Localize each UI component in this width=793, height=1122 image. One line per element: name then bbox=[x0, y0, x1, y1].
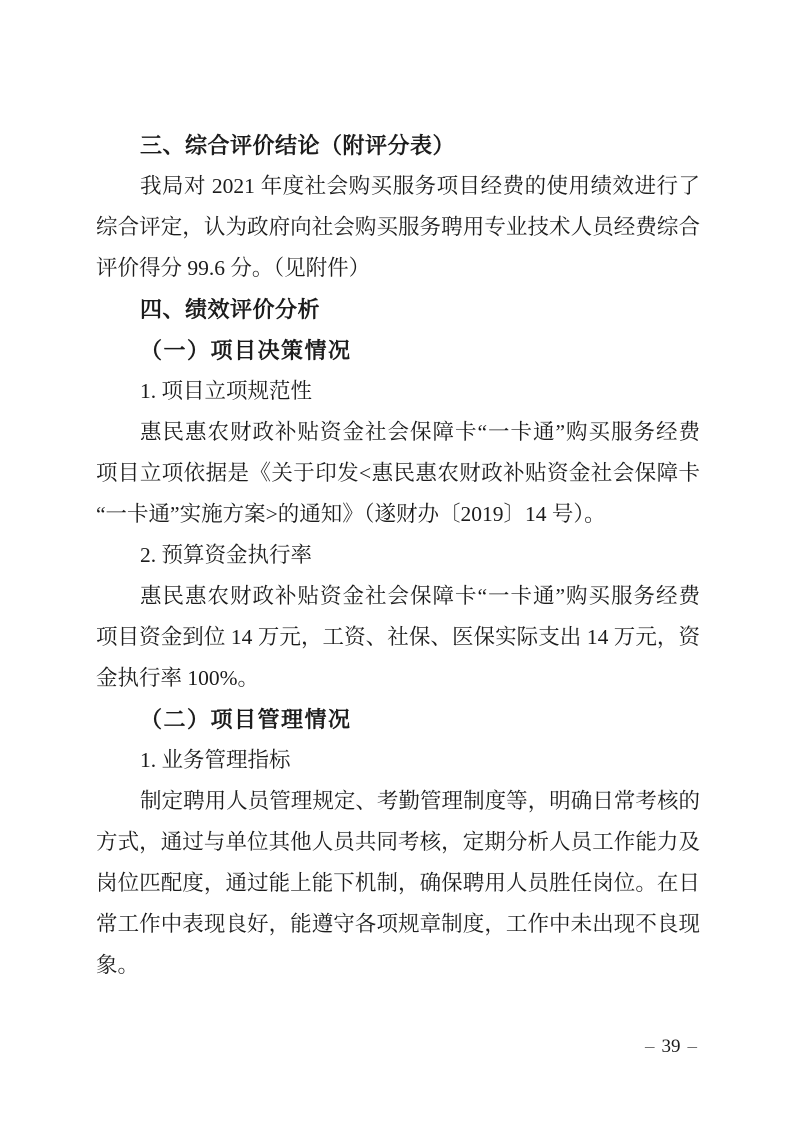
paragraph-line: 常工作中表现良好，能遵守各项规章制度，工作中未出现不良现 bbox=[96, 904, 700, 945]
page-number: 39 bbox=[662, 1036, 681, 1057]
paragraph-line: 象。 bbox=[96, 945, 700, 986]
paragraph-line: 项目立项依据是《关于印发<惠民惠农财政补贴资金社会保障卡 bbox=[96, 453, 700, 494]
paragraph-line: 金执行率 100%。 bbox=[96, 658, 700, 699]
document-page: 三、综合评价结论（附评分表）我局对 2021 年度社会购买服务项目经费的使用绩效… bbox=[0, 0, 793, 1122]
paragraph-line: 岗位匹配度，通过能上能下机制，确保聘用人员胜任岗位。在日 bbox=[96, 863, 700, 904]
footer-dash-right: – bbox=[681, 1036, 705, 1057]
numbered-item: 1. 业务管理指标 bbox=[96, 740, 700, 781]
paragraph-line: “一卡通”实施方案>的通知》（遂财办〔2019〕14 号）。 bbox=[96, 494, 700, 535]
footer-dash-left: – bbox=[638, 1036, 662, 1057]
section-heading: 四、绩效评价分析 bbox=[96, 289, 700, 330]
paragraph-line: 制定聘用人员管理规定、考勤管理制度等，明确日常考核的 bbox=[96, 781, 700, 822]
section-heading: 三、综合评价结论（附评分表） bbox=[96, 125, 700, 166]
paragraph-line: 项目资金到位 14 万元，工资、社保、医保实际支出 14 万元，资 bbox=[96, 617, 700, 658]
numbered-item: 2. 预算资金执行率 bbox=[96, 535, 700, 576]
page-footer: –39– bbox=[638, 1034, 704, 1060]
subsection-heading: （一）项目决策情况 bbox=[96, 330, 700, 371]
paragraph-line: 方式，通过与单位其他人员共同考核，定期分析人员工作能力及 bbox=[96, 822, 700, 863]
subsection-heading: （二）项目管理情况 bbox=[96, 699, 700, 740]
document-body: 三、综合评价结论（附评分表）我局对 2021 年度社会购买服务项目经费的使用绩效… bbox=[96, 125, 700, 986]
paragraph-line: 我局对 2021 年度社会购买服务项目经费的使用绩效进行了 bbox=[96, 166, 700, 207]
paragraph-line: 评价得分 99.6 分。（见附件） bbox=[96, 248, 700, 289]
paragraph-line: 惠民惠农财政补贴资金社会保障卡“一卡通”购买服务经费 bbox=[96, 412, 700, 453]
numbered-item: 1. 项目立项规范性 bbox=[96, 371, 700, 412]
paragraph-line: 综合评定，认为政府向社会购买服务聘用专业技术人员经费综合 bbox=[96, 207, 700, 248]
paragraph-line: 惠民惠农财政补贴资金社会保障卡“一卡通”购买服务经费 bbox=[96, 576, 700, 617]
